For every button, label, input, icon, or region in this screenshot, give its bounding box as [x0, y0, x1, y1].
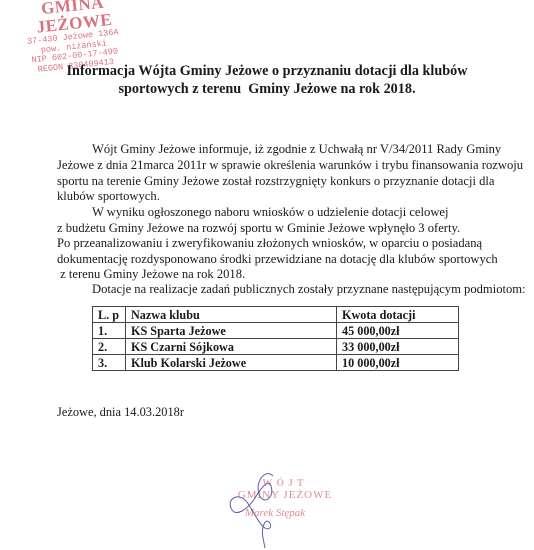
document-title-line-1: Informacja Wójta Gminy Jeżowe o przyznan… — [0, 63, 534, 80]
body-line: z terenu Gminy Jeżowe na rok 2018. — [57, 267, 245, 282]
header-club-name: Nazwa klubu — [126, 307, 337, 323]
cell-amount: 33 000,00zł — [337, 339, 459, 355]
body-line: Dotacje na realizacje zadań publicznych … — [92, 282, 526, 297]
date-line: Jeżowe, dnia 14.03.2018r — [57, 405, 184, 420]
cell-lp: 1. — [93, 323, 126, 339]
table-header-row: L. p Nazwa klubu Kwota dotacji — [93, 307, 459, 323]
cell-club-name: Klub Kolarski Jeżowe — [126, 355, 337, 371]
cell-amount: 45 000,00zł — [337, 323, 459, 339]
handwritten-signature — [225, 468, 315, 550]
header-amount: Kwota dotacji — [337, 307, 459, 323]
cell-lp: 3. — [93, 355, 126, 371]
body-line: sportu na terenie Gminy Jeżowe został ro… — [57, 174, 495, 189]
cell-amount: 10 000,00zł — [337, 355, 459, 371]
body-line: klubów sportowych. — [57, 189, 160, 204]
body-line: Wójt Gminy Jeżowe informuje, iż zgodnie … — [92, 142, 501, 157]
body-line: Po przeanalizowaniu i zweryfikowaniu zło… — [57, 236, 482, 251]
cell-club-name: KS Sparta Jeżowe — [126, 323, 337, 339]
body-line: dokumentację rozdysponowano środki przew… — [57, 252, 498, 267]
table-row: 2. KS Czarni Sójkowa 33 000,00zł — [93, 339, 459, 355]
cell-club-name: KS Czarni Sójkowa — [126, 339, 337, 355]
table-row: 3. Klub Kolarski Jeżowe 10 000,00zł — [93, 355, 459, 371]
body-line: W wyniku ogłoszonego naboru wniosków o u… — [92, 205, 449, 220]
body-line: z budżetu Gminy Jeżowe na rozwój sportu … — [57, 221, 460, 236]
body-line: Jeżowe z dnia 21marca 2011r w sprawie ok… — [57, 158, 523, 173]
document-title-line-2: sportowych z terenu Gminy Jeżowe na rok … — [0, 81, 534, 98]
table-row: 1. KS Sparta Jeżowe 45 000,00zł — [93, 323, 459, 339]
header-lp: L. p — [93, 307, 126, 323]
cell-lp: 2. — [93, 339, 126, 355]
grants-table: L. p Nazwa klubu Kwota dotacji 1. KS Spa… — [92, 306, 459, 371]
